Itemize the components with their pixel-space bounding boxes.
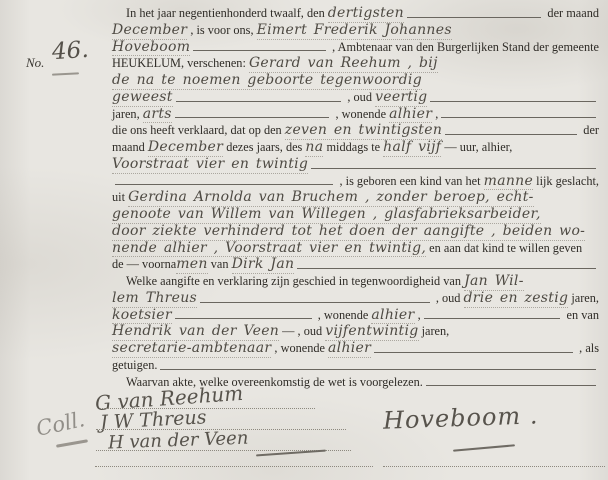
- coll-underline: [56, 439, 88, 448]
- printed-text: , wonende: [315, 307, 372, 324]
- document-scan: No. 46. In het jaar negentienhonderd twa…: [0, 0, 608, 480]
- document-line: HEUKELUM, verschenen: Gerard van Reehum …: [112, 55, 599, 72]
- handwritten-text: door ziekte verhinderd tot het doen der …: [112, 223, 585, 241]
- handwritten-text: dertigsten: [328, 5, 404, 23]
- rule-fill: [424, 318, 561, 319]
- handwritten-text: genoote van Willem van Willegen , glasfa…: [112, 206, 541, 224]
- handwritten-text: vijfentwintig: [325, 323, 418, 341]
- printed-text: jaren,: [419, 323, 450, 340]
- rule-fill: [160, 369, 596, 370]
- printed-text: — , oud: [279, 323, 325, 340]
- rule-fill: [441, 117, 596, 118]
- handwritten-text: arts: [143, 106, 172, 124]
- handwritten-text: drie en zestig: [464, 290, 569, 308]
- rule-fill: [426, 385, 596, 386]
- document-line: jaren, arts , wonende alhier ,: [112, 106, 599, 123]
- printed-text: jaren,: [568, 290, 599, 307]
- signature-rule: [383, 466, 605, 467]
- printed-text: der: [580, 122, 599, 139]
- document-line: nende alhier , Voorstraat vier en twinti…: [112, 240, 599, 257]
- document-line: koetsier , wonende alhier , en van: [112, 307, 599, 324]
- handwritten-text: zeven en twintigsten: [285, 122, 442, 140]
- handwritten-text: na: [305, 139, 323, 157]
- printed-text: uit: [112, 189, 128, 206]
- printed-text: , oud: [344, 89, 375, 106]
- printed-text: der maand: [544, 5, 599, 22]
- rule-fill: [311, 168, 596, 169]
- printed-text: , wonende: [332, 106, 389, 123]
- handwritten-text: Eimert Frederik Johannes: [257, 22, 452, 40]
- document-line: genoote van Willem van Willegen , glasfa…: [112, 206, 599, 223]
- document-line: uit Gerdina Arnolda van Bruchem , zonder…: [112, 189, 599, 206]
- handwritten-text: alhier: [371, 307, 414, 325]
- document-line: maand December dezes jaars, des na midda…: [112, 139, 599, 156]
- handwritten-text: men: [176, 256, 207, 274]
- printed-text: getuigen.: [112, 357, 157, 374]
- document-line: geweest , oud veertig: [112, 89, 599, 106]
- coll-pencil-note: Coll.: [34, 407, 87, 441]
- printed-text: HEUKELUM, verschenen:: [112, 55, 249, 72]
- printed-text: , is geboren een kind van het: [336, 173, 483, 190]
- rule-fill: [175, 318, 312, 319]
- handwritten-text: Voorstraat vier en twintig: [112, 156, 308, 174]
- handwritten-text: Gerdina Arnolda van Bruchem , zonder ber…: [128, 189, 534, 207]
- rule-fill: [445, 134, 577, 135]
- document-line: lem Threus , oud drie en zestig jaren,: [112, 290, 599, 307]
- handwritten-text: December: [148, 139, 223, 157]
- document-line: Hoveboom , Ambtenaar van den Burgerlijke…: [112, 39, 599, 56]
- document-line: December , is voor ons, Eimert Frederik …: [112, 22, 599, 39]
- handwritten-text: Hoveboom: [112, 39, 190, 57]
- act-number-value: 46.: [51, 37, 89, 65]
- handwritten-text: manne: [484, 173, 533, 191]
- printed-text: Welke aangifte en verklaring zijn geschi…: [126, 273, 464, 290]
- printed-text: maand: [112, 139, 148, 156]
- rule-fill: [297, 268, 596, 269]
- rule-fill: [407, 17, 541, 18]
- signature-rule: [96, 429, 346, 430]
- signature-underline: [453, 444, 515, 451]
- printed-text: jaren,: [112, 106, 143, 123]
- handwritten-text: de na te noemen geboorte tegenwoordig: [112, 72, 422, 90]
- rule-fill: [430, 101, 596, 102]
- printed-text: de — voorna: [112, 256, 176, 273]
- rule-fill: [175, 117, 330, 118]
- handwritten-text: Dirk Jan: [232, 256, 295, 274]
- handwritten-text: Jan Wil-: [464, 273, 524, 291]
- printed-text: ,: [415, 307, 421, 324]
- signature-rule: [95, 466, 373, 467]
- handwritten-text: alhier: [389, 106, 432, 124]
- document-line: de — voornamen van Dirk Jan: [112, 256, 599, 273]
- printed-text: In het jaar negentienhonderd twaalf, den: [126, 5, 328, 22]
- document-line: Hendrik van der Veen — , oud vijfentwint…: [112, 323, 599, 340]
- document-line: die ons heeft verklaard, dat op den zeve…: [112, 122, 599, 139]
- printed-text: lijk geslacht,: [533, 173, 599, 190]
- rule-fill: [193, 50, 326, 51]
- signature-rule: [100, 408, 315, 409]
- rule-fill: [374, 352, 573, 353]
- signature-registrar: Hoveboom .: [383, 401, 539, 434]
- document-line: , is geboren een kind van het manne lijk…: [112, 173, 599, 190]
- printed-text: , Ambtenaar van den Burgerlijken Stand d…: [329, 39, 599, 56]
- document-line: In het jaar negentienhonderd twaalf, den…: [112, 5, 599, 22]
- handwritten-text: lem Threus: [112, 290, 197, 308]
- rule-fill: [115, 184, 333, 185]
- handwritten-text: alhier: [328, 340, 371, 358]
- act-number-label: No.: [26, 55, 44, 71]
- act-number-underline: [52, 72, 79, 75]
- handwritten-text: half vijf: [383, 139, 441, 157]
- handwritten-text: veertig: [375, 89, 427, 107]
- handwritten-text: nende alhier , Voorstraat vier en twinti…: [112, 240, 426, 258]
- document-line: getuigen.: [112, 357, 599, 374]
- rule-fill: [176, 101, 342, 102]
- printed-text: middags te: [323, 139, 383, 156]
- printed-text: die ons heeft verklaard, dat op den: [112, 122, 285, 139]
- printed-text: — uur, alhier,: [441, 139, 512, 156]
- handwritten-text: secretarie-ambtenaar: [112, 340, 271, 358]
- document-lines: In het jaar negentienhonderd twaalf, den…: [112, 5, 599, 390]
- printed-text: en aan dat kind te willen geven: [426, 240, 582, 257]
- printed-text: van: [208, 256, 232, 273]
- document-line: de na te noemen geboorte tegenwoordig: [112, 72, 599, 89]
- handwritten-text: koetsier: [112, 307, 172, 325]
- printed-text: , is voor ons,: [187, 22, 256, 39]
- handwritten-text: December: [112, 22, 187, 40]
- printed-text: dezes jaars, des: [223, 139, 305, 156]
- document-line: door ziekte verhinderd tot het doen der …: [112, 223, 599, 240]
- handwritten-text: Gerard van Reehum , bij: [249, 55, 438, 73]
- printed-text: en van: [563, 307, 599, 324]
- handwritten-text: Hendrik van der Veen: [112, 323, 279, 341]
- printed-text: , wonende: [271, 340, 328, 357]
- document-line: Welke aangifte en verklaring zijn geschi…: [112, 273, 599, 290]
- printed-text: , oud: [433, 290, 464, 307]
- document-line: secretarie-ambtenaar , wonende alhier , …: [112, 340, 599, 357]
- rule-fill: [200, 302, 430, 303]
- handwritten-text: geweest: [112, 89, 173, 107]
- printed-text: , als: [576, 340, 599, 357]
- document-line: Voorstraat vier en twintig: [112, 156, 599, 173]
- printed-text: ,: [432, 106, 438, 123]
